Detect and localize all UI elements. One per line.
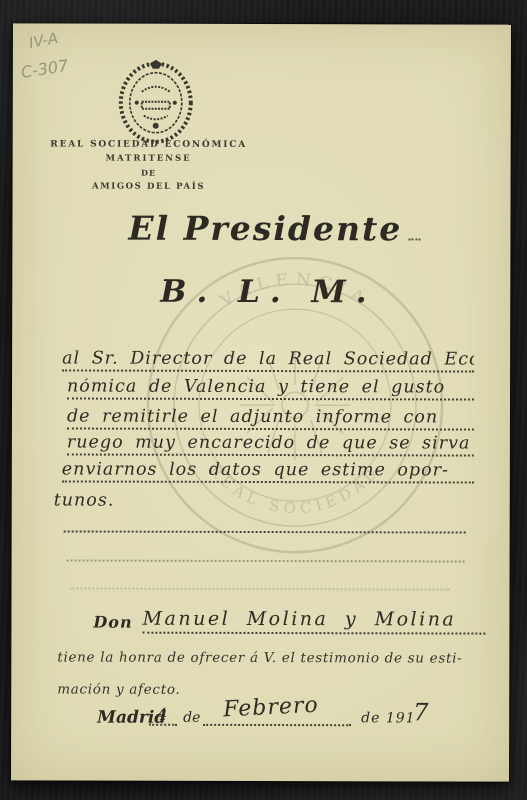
- blank-dotted-rule: [67, 533, 465, 562]
- salutation-blm: B. L. M.: [160, 274, 376, 311]
- society-seal-icon: [109, 58, 203, 146]
- body-line: enviarnos los datos que estime opor-: [62, 451, 474, 483]
- body-line-text: tunos.: [54, 492, 115, 512]
- letterhead: REAL SOCIEDAD ECONÓMICA MATRITENSE DE AM…: [23, 139, 275, 192]
- letterhead-matritense: MATRITENSE: [23, 153, 275, 164]
- date-year-digit: 7: [413, 698, 429, 726]
- pencil-archive-code-2: C-307: [20, 56, 70, 82]
- page-title: El Presidente: [128, 212, 402, 246]
- letterhead-de: DE: [23, 167, 275, 178]
- closing-line-1: tiene la honra de ofrecer á V. el testim…: [57, 649, 462, 666]
- letterhead-amigos: AMIGOS DEL PAÍS: [23, 181, 275, 192]
- title-dotted-rule: [408, 238, 420, 240]
- title-row: El Presidente: [128, 212, 420, 246]
- pencil-archive-code-1: IV-A: [28, 29, 60, 52]
- date-de-1: de: [183, 710, 200, 726]
- closing-line-2: mación y afecto.: [57, 681, 180, 697]
- body-line: nómica de Valencia y tiene el gusto: [67, 367, 474, 400]
- date-day: 4: [157, 705, 168, 724]
- letter-paper: IV-A C-307 REAL SOCIEDAD ECONÓMICA MATRI…: [11, 23, 511, 781]
- scanned-letter-photo: IV-A C-307 REAL SOCIEDAD ECONÓMICA MATRI…: [0, 0, 527, 800]
- date-month: Febrero: [223, 693, 320, 723]
- body-line-text: enviarnos los datos que estime opor-: [62, 461, 449, 482]
- signatory-row: Don Manuel Molina y Molina: [93, 610, 485, 635]
- date-place: Madrid: [97, 708, 166, 728]
- body-line: tunos.: [54, 485, 254, 512]
- date-de-191: de 191: [361, 710, 415, 726]
- signatory-name: Manuel Molina y Molina: [143, 610, 486, 635]
- blank-dotted-rule: [70, 561, 450, 590]
- don-label: Don: [93, 615, 132, 634]
- body-line-text: nómica de Valencia y tiene el gusto: [67, 378, 445, 398]
